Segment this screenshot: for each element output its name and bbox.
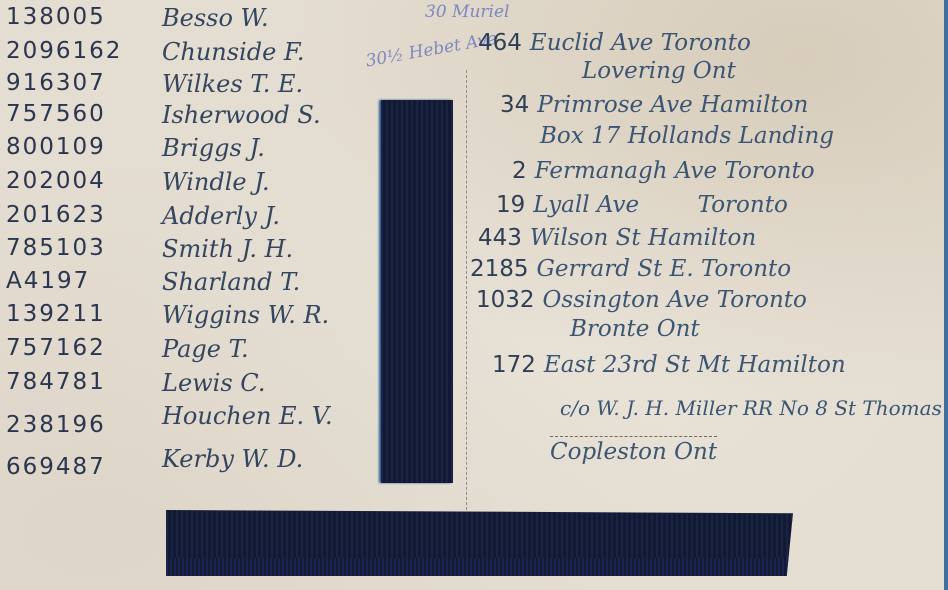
street: Gerrard St E. Toronto	[537, 256, 792, 282]
address-line: Copleston Ont	[550, 436, 717, 465]
pencil-note-muriel: 30 Muriel	[425, 2, 509, 22]
service-number: 139211	[6, 301, 106, 327]
street: Fermanagh Ave Toronto	[535, 158, 815, 184]
service-number: 2096162	[6, 38, 122, 64]
service-number: 238196	[6, 412, 106, 438]
house-number: 172	[492, 352, 536, 378]
house-number: 2	[512, 158, 527, 184]
address-line: 2185Gerrard St E. Toronto	[470, 256, 791, 282]
service-number: 757560	[6, 101, 106, 127]
street: Copleston Ont	[550, 439, 717, 465]
house-number: 443	[478, 225, 522, 251]
service-number: 138005	[6, 4, 106, 30]
address-line: 1032Ossington Ave Toronto	[476, 287, 807, 313]
soldier-name: Page T.	[162, 335, 249, 363]
soldier-name: Lewis C.	[162, 369, 265, 397]
address-line: 443Wilson St Hamilton	[478, 225, 756, 251]
service-number: A4197	[6, 268, 90, 294]
street: East 23rd St Mt Hamilton	[544, 352, 846, 378]
address-line: 19Lyall Ave Toronto	[496, 192, 788, 218]
service-number: 916307	[6, 70, 106, 96]
address-line: c/o W. J. H. Miller RR No 8 St Thomas	[560, 396, 942, 420]
street: Ossington Ave Toronto	[543, 287, 807, 313]
soldier-name: Chunside F.	[162, 38, 304, 66]
street: Primrose Ave Hamilton	[537, 92, 808, 118]
street: Lyall Ave Toronto	[533, 192, 788, 218]
center-divider-line	[466, 70, 467, 510]
soldier-name: Windle J.	[162, 168, 270, 196]
soldier-name: Adderly J.	[162, 202, 280, 230]
address-line: Bronte Ont	[570, 316, 700, 342]
soldier-name: Briggs J.	[162, 134, 265, 162]
street: Bronte Ont	[570, 316, 700, 342]
roster-card: 30 Muriel 30½ Hebet Ave 138005 2096162 9…	[0, 0, 948, 590]
soldier-name: Kerby W. D.	[162, 445, 303, 473]
address-line: 34Primrose Ave Hamilton	[500, 92, 808, 118]
service-number: 784781	[6, 369, 106, 395]
service-number: 202004	[6, 168, 106, 194]
soldier-name: Smith J. H.	[162, 235, 293, 263]
soldier-name: Besso W.	[162, 4, 269, 32]
service-number: 669487	[6, 454, 106, 480]
house-number: 464	[478, 30, 522, 56]
horizontal-black-ribbon	[166, 510, 793, 576]
service-number: 201623	[6, 202, 106, 228]
service-number: 785103	[6, 235, 106, 261]
address-line: Box 17 Hollands Landing	[540, 123, 834, 149]
soldier-name: Isherwood S.	[162, 101, 321, 129]
soldier-name: Wiggins W. R.	[162, 301, 329, 329]
address-line: 172East 23rd St Mt Hamilton	[492, 352, 846, 378]
house-number: 34	[500, 92, 529, 118]
street: Lovering Ont	[582, 58, 736, 84]
service-number: 757162	[6, 335, 106, 361]
street: Wilson St Hamilton	[530, 225, 756, 251]
soldier-name: Houchen E. V.	[162, 402, 333, 430]
vertical-black-ribbon	[381, 100, 453, 483]
soldier-name: Sharland T.	[162, 268, 300, 296]
house-number: 1032	[476, 287, 535, 313]
soldier-name: Wilkes T. E.	[162, 70, 303, 98]
street: c/o W. J. H. Miller RR No 8 St Thomas	[560, 396, 942, 420]
address-line: Lovering Ont	[582, 58, 736, 84]
street: Box 17 Hollands Landing	[540, 123, 834, 149]
address-line: 2Fermanagh Ave Toronto	[512, 158, 815, 184]
street: Euclid Ave Toronto	[530, 30, 751, 56]
house-number: 2185	[470, 256, 529, 282]
house-number: 19	[496, 192, 525, 218]
address-line: 464Euclid Ave Toronto	[478, 30, 751, 56]
service-number: 800109	[6, 134, 106, 160]
